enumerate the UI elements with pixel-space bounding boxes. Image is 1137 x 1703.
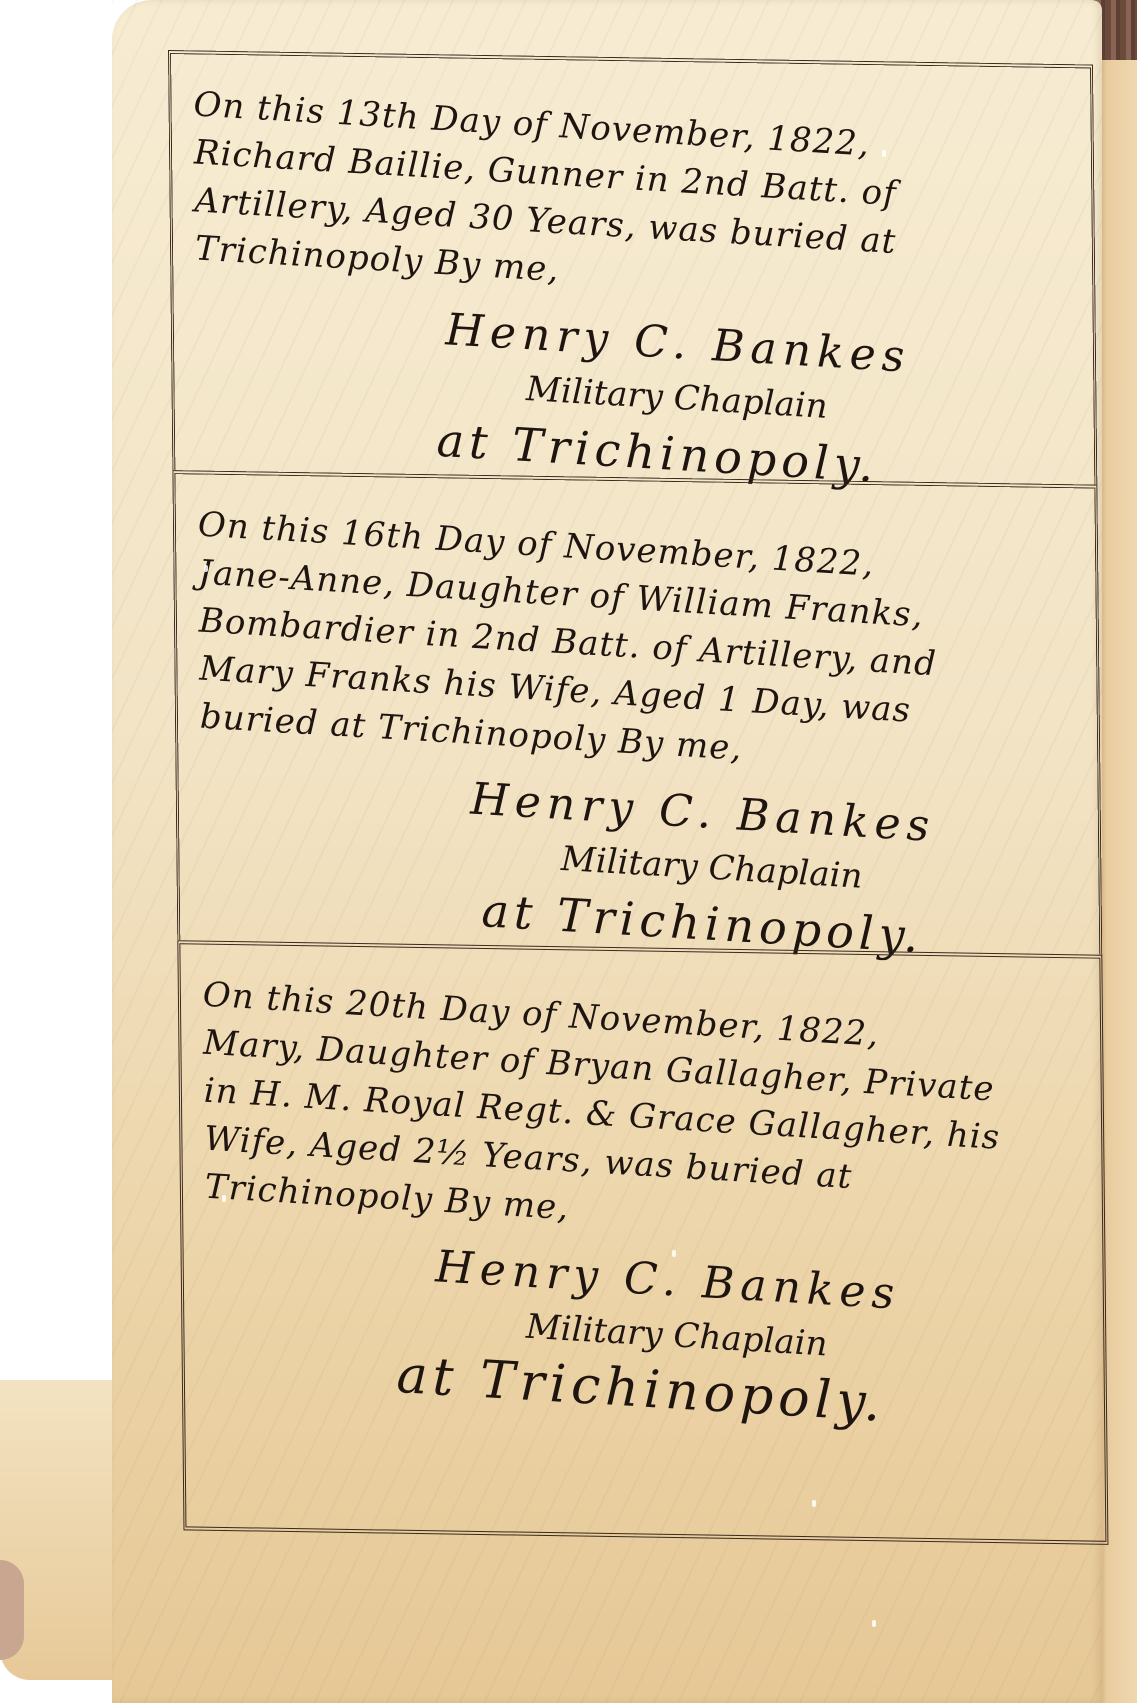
paper-speck	[812, 1500, 816, 1507]
paper-speck	[872, 1620, 876, 1627]
paper-speck	[204, 565, 208, 572]
thumb	[0, 1560, 24, 1660]
ruled-frame: On this 13th Day of November, 1822, Rich…	[168, 50, 1108, 1545]
burial-entry: On this 13th Day of November, 1822, Rich…	[168, 50, 1097, 485]
paper-speck	[672, 1250, 676, 1257]
register-page: On this 13th Day of November, 1822, Rich…	[112, 0, 1102, 1703]
burial-entry: On this 16th Day of November, 1822, Jane…	[172, 470, 1102, 955]
paper-speck	[882, 150, 886, 157]
paper-speck	[222, 1195, 226, 1202]
burial-entry: On this 20th Day of November, 1822, Mary…	[177, 940, 1108, 1545]
